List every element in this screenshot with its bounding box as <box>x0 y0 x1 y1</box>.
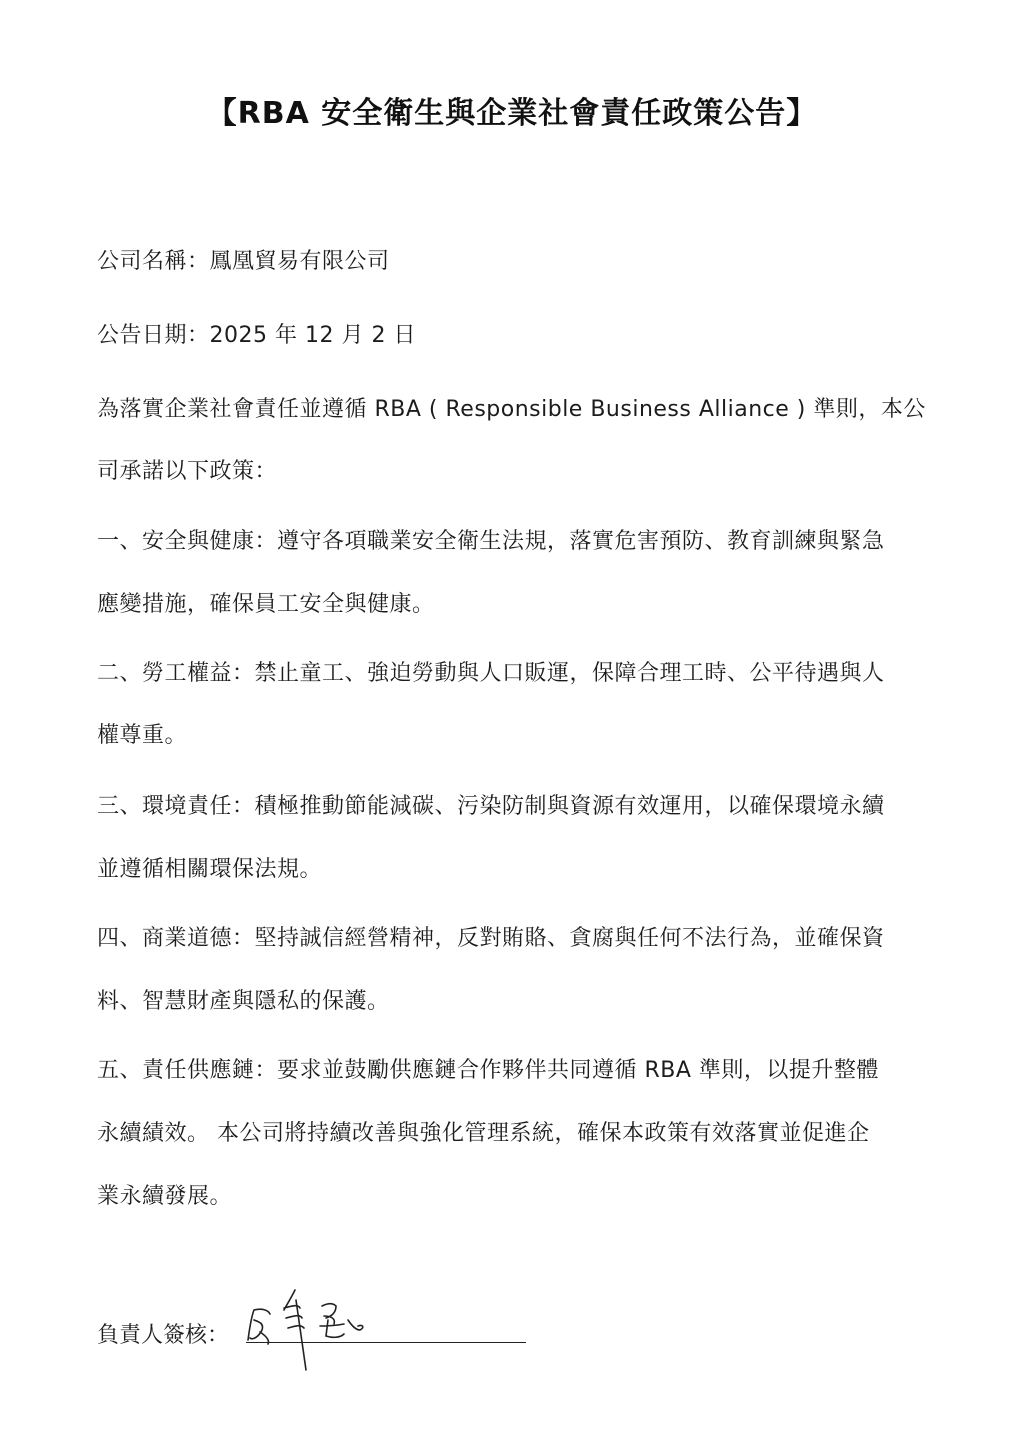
policy-2-line-1: 二、勞工權益：禁止童工、強迫勞動與人口販運，保障合理工時、公平待遇與人 <box>97 656 885 687</box>
signature-label: 負責人簽核： <box>97 1318 229 1349</box>
company-name-line: 公司名稱：鳳凰貿易有限公司 <box>97 244 390 275</box>
policy-3-line-2: 並遵循相關環保法規。 <box>97 852 322 883</box>
intro-line-1: 為落實企業社會責任並遵循 RBA ( Responsible Business … <box>97 392 926 423</box>
announcement-date-label: 公告日期： <box>97 323 210 348</box>
policy-3-line-1: 三、環境責任：積極推動節能減碳、污染防制與資源有效運用，以確保環境永續 <box>97 789 885 820</box>
document-title: 【RBA 安全衛生與企業社會責任政策公告】 <box>0 88 1024 132</box>
policy-2-line-2: 權尊重。 <box>97 718 187 749</box>
policy-5-line-3: 業永續發展。 <box>97 1179 232 1210</box>
handwritten-signature <box>240 1280 380 1380</box>
policy-4-line-1: 四、商業道德：堅持誠信經營精神，反對賄賂、貪腐與任何不法行為，並確保資 <box>97 921 885 952</box>
company-name-value: 鳳凰貿易有限公司 <box>210 249 390 274</box>
announcement-date-value: 2025 年 12 月 2 日 <box>210 323 416 348</box>
announcement-date-line: 公告日期：2025 年 12 月 2 日 <box>97 318 416 349</box>
policy-5-line-1: 五、責任供應鏈：要求並鼓勵供應鏈合作夥伴共同遵循 RBA 準則，以提升整體 <box>97 1053 879 1084</box>
company-name-label: 公司名稱： <box>97 249 210 274</box>
policy-4-line-2: 料、智慧財產與隱私的保護。 <box>97 984 390 1015</box>
policy-5-line-2: 永續績效。 本公司將持續改善與強化管理系統，確保本政策有效落實並促進企 <box>97 1116 870 1147</box>
policy-1-line-1: 一、安全與健康：遵守各項職業安全衛生法規，落實危害預防、教育訓練與緊急 <box>97 524 885 555</box>
intro-line-2: 司承諾以下政策： <box>97 454 277 485</box>
policy-1-line-2: 應變措施，確保員工安全與健康。 <box>97 587 435 618</box>
